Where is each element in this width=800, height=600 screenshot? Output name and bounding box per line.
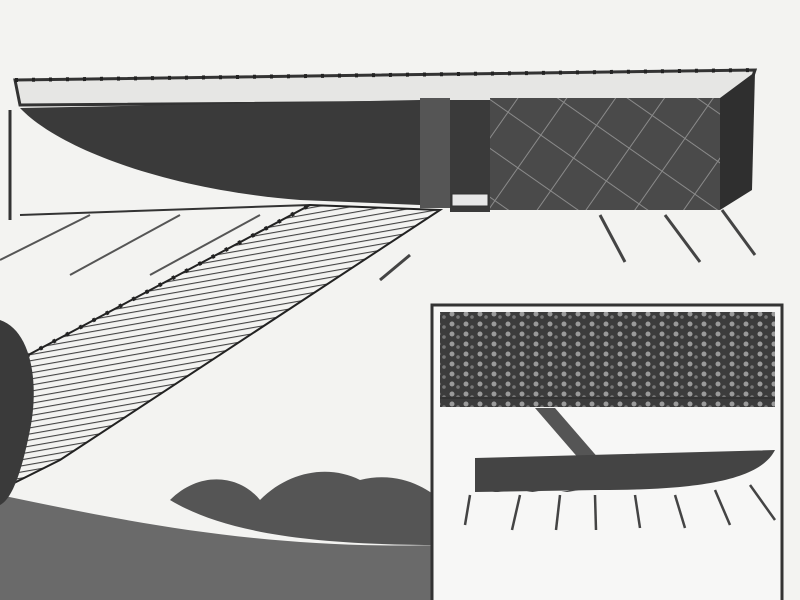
funnel-net (20, 100, 420, 205)
inset-view (432, 305, 782, 600)
engraving (0, 0, 800, 600)
tree-left (0, 320, 34, 505)
stakes-main (380, 210, 755, 280)
engraving-svg (0, 0, 800, 600)
wattle-wall (0, 205, 440, 490)
